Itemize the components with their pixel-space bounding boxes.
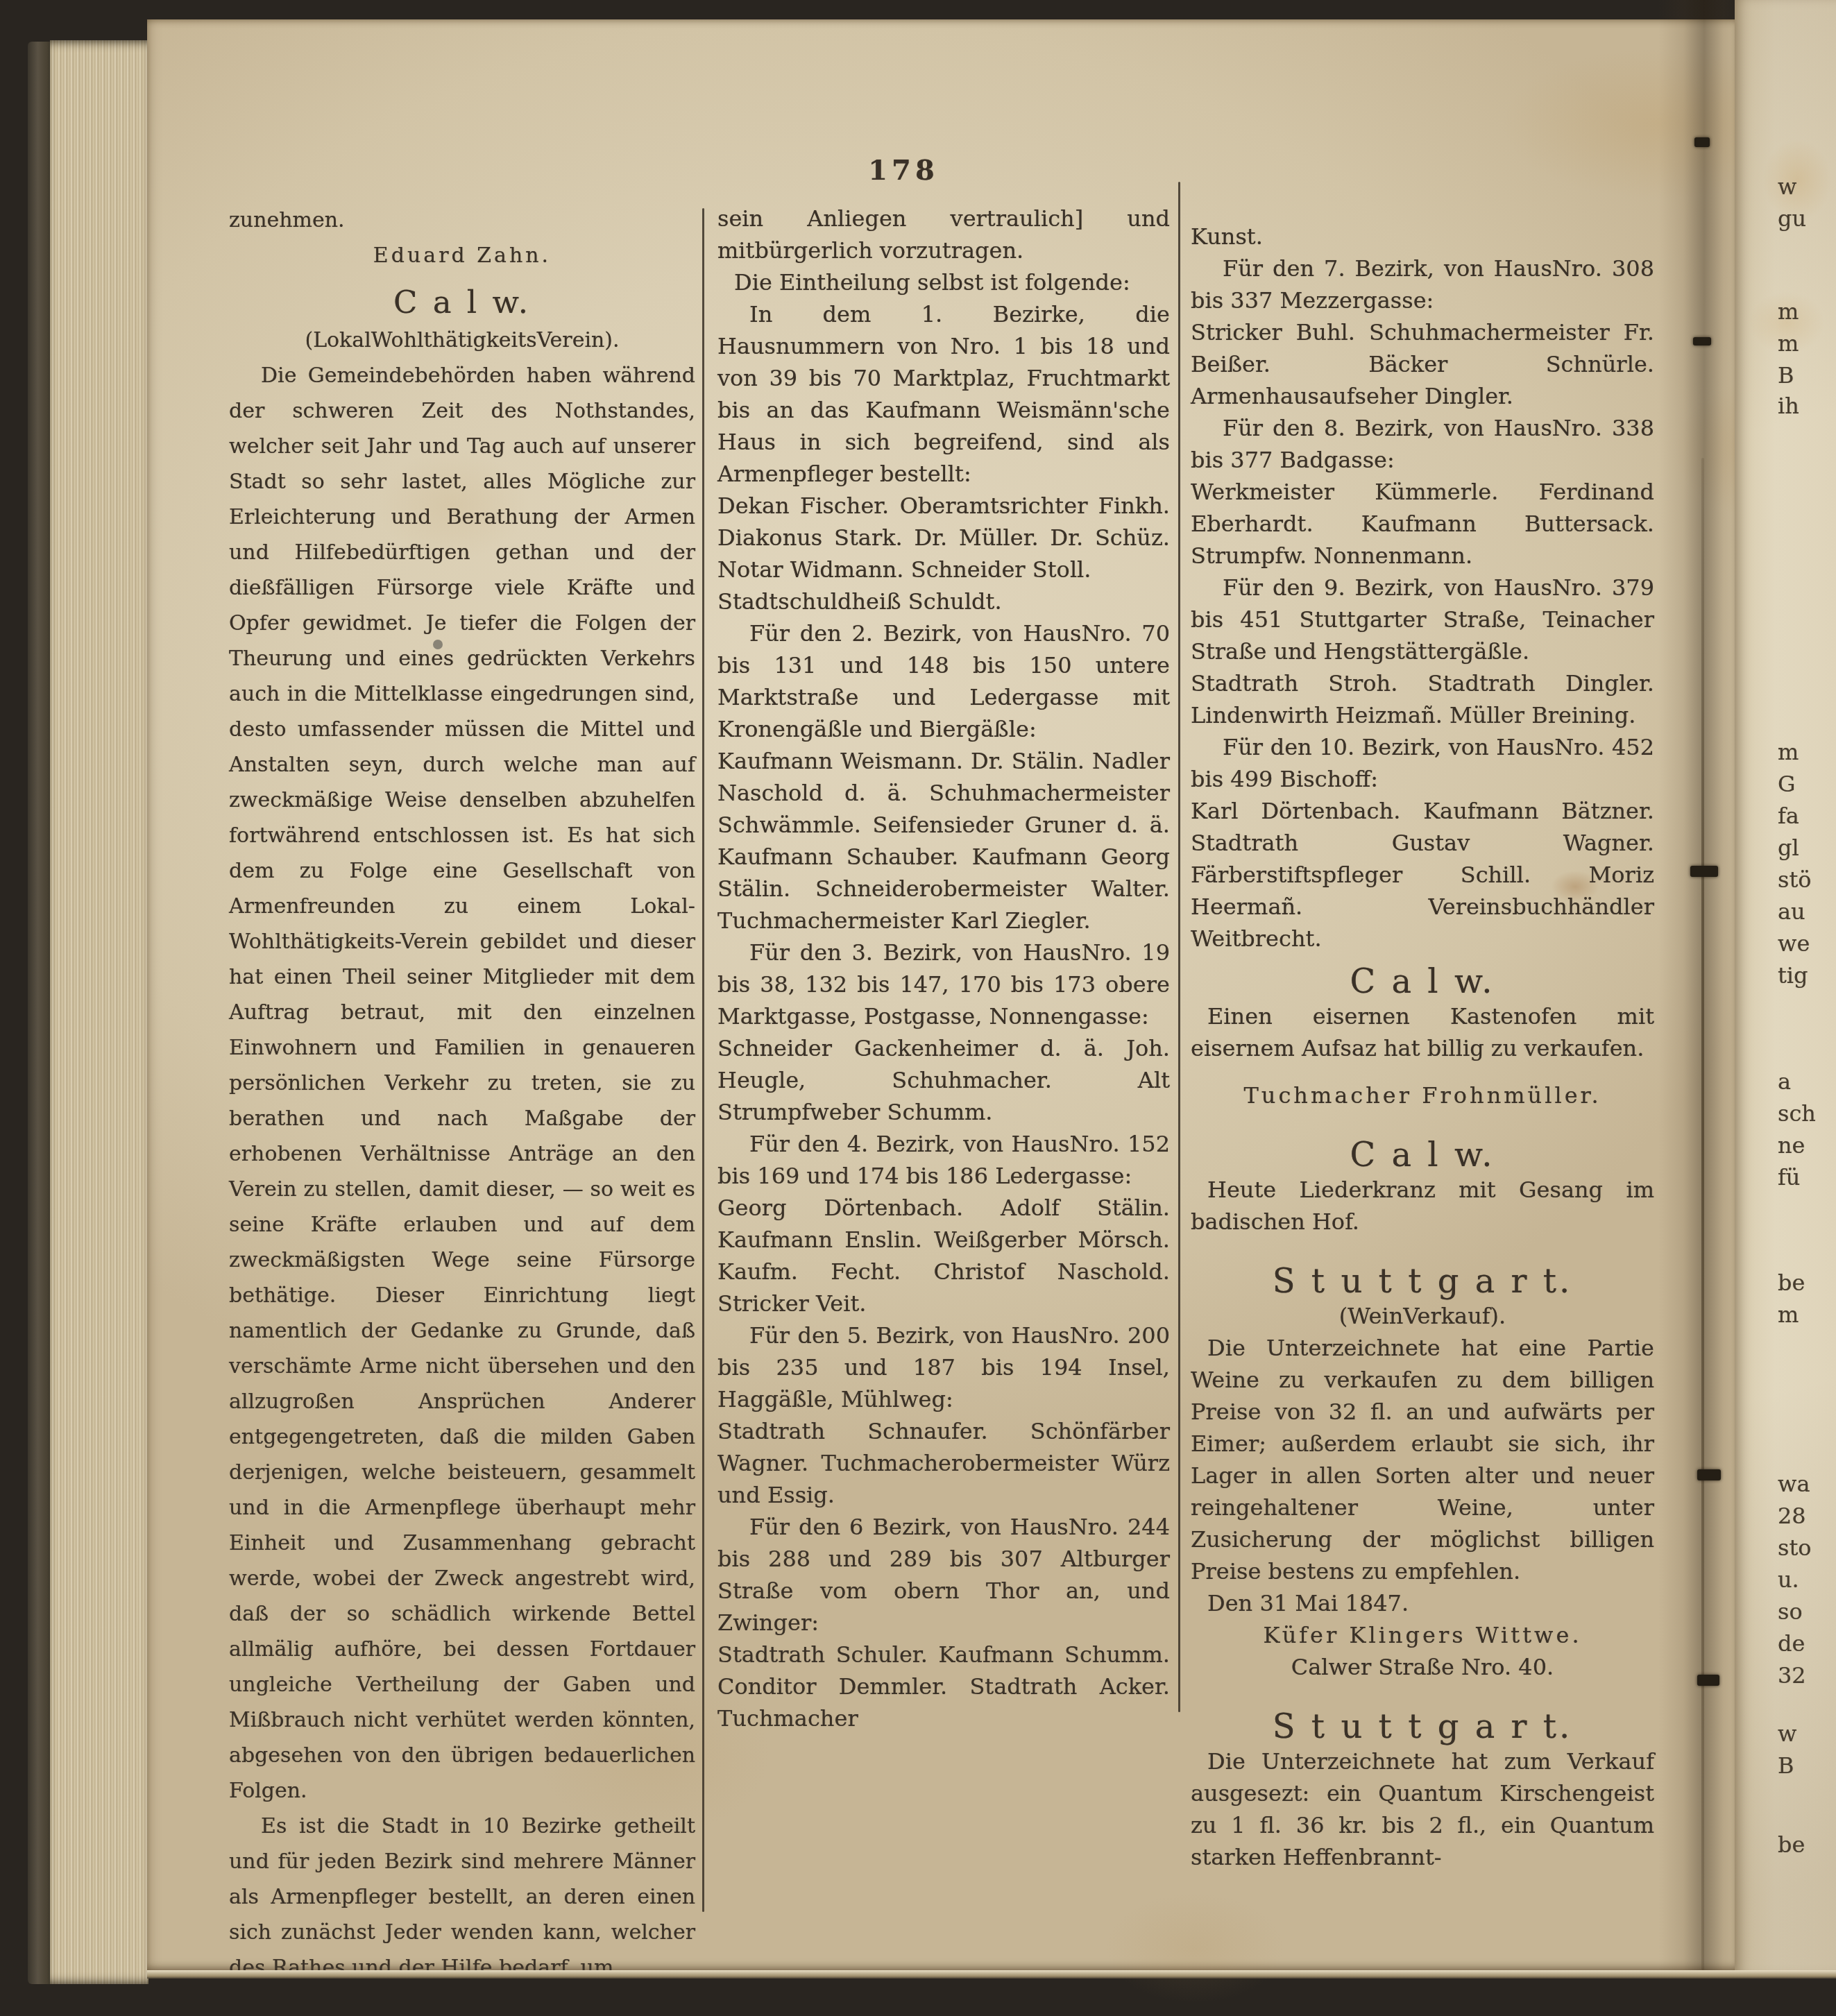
col3-district8-names: Werkmeister Kümmerle. Ferdinand Eberhard… [1191, 476, 1654, 572]
next-page-fragment: be [1778, 1831, 1805, 1858]
next-page-fragment: gl [1778, 835, 1799, 861]
binding-stitch [1694, 137, 1710, 147]
col2-district1-names-2: Stadtschuldheiß Schuldt. [717, 586, 1170, 617]
next-page-fragment: sch [1778, 1100, 1816, 1127]
binding-stitch [1693, 337, 1711, 345]
next-page-fragment: w [1778, 173, 1796, 200]
page-number: 178 [147, 154, 1660, 187]
col1-article-subheading: (LokalWohlthätigkeitsVerein). [229, 323, 695, 358]
col3-stuttgart1-heading: S t u t t g a r t. [1191, 1265, 1654, 1297]
col3-calw2-text: Heute Liederkranz mit Gesang im badische… [1191, 1174, 1654, 1238]
next-page-fragment: so [1778, 1598, 1803, 1625]
column-divider-1 [702, 208, 704, 1912]
col2-district6-names: Stadtrath Schuler. Kaufmann Schumm. Cond… [717, 1639, 1170, 1734]
col1-signature: Eduard Zahn. [229, 238, 695, 273]
col2-district5-names: Stadtrath Schnaufer. Schönfärber Wagner.… [717, 1415, 1170, 1511]
scanned-book-page: 178 zunehmen. Eduard Zahn. C a l w. (Lok… [0, 0, 1836, 2016]
col2-district4-head: Für den 4. Bezirk, von HausNro. 152 bis … [717, 1128, 1170, 1192]
next-page-edge: wgummBihmGfaglstöauwetigaschnefübemwa28s… [1735, 0, 1836, 1974]
col1-paragraph-2: Es ist die Stadt in 10 Bezirke getheilt … [229, 1809, 695, 1985]
paper-stain [1105, 1893, 1285, 2004]
col3-calw1-signature: Tuchmacher Frohnmüller. [1191, 1079, 1654, 1111]
col3-calw1-text: Einen eisernen Kastenofen mit eisernem A… [1191, 1000, 1654, 1064]
next-page-fragment: m [1778, 1301, 1799, 1328]
column-1: zunehmen. Eduard Zahn. C a l w. (LokalWo… [229, 203, 695, 1985]
next-page-fragment: 28 [1778, 1503, 1806, 1529]
col2-intro: Die Eintheilung selbst ist folgende: [717, 266, 1170, 298]
col3-stuttgart1-subheading: (WeinVerkauf). [1191, 1300, 1654, 1332]
next-page-fragment: gu [1778, 205, 1806, 232]
next-page-fragment: wa [1778, 1471, 1810, 1497]
col1-paragraph-1: Die Gemeindebehörden haben während der s… [229, 358, 695, 1809]
next-page-fragment: au [1778, 898, 1805, 925]
book-cover-edge [28, 42, 53, 1984]
col2-district5-head: Für den 5. Bezirk, von HausNro. 200 bis … [717, 1319, 1170, 1415]
binding-stitch [1697, 1469, 1721, 1480]
col2-district6-head: Für den 6 Bezirk, von HausNro. 244 bis 2… [717, 1511, 1170, 1639]
next-page-fragment: B [1778, 362, 1794, 388]
gutter-crease [1701, 458, 1704, 1970]
next-page-fragment: ne [1778, 1132, 1805, 1159]
col3-continuation: Kunst. [1191, 221, 1654, 253]
next-page-fragment: tig [1778, 962, 1808, 989]
col2-district2-names: Kaufmann Weismann. Dr. Stälin. Nadler Na… [717, 745, 1170, 937]
next-page-fragment: m [1778, 298, 1799, 325]
col2-district2-head: Für den 2. Bezirk, von HausNro. 70 bis 1… [717, 617, 1170, 745]
col3-district9-head: Für den 9. Bezirk, von HausNro. 379 bis … [1191, 572, 1654, 667]
col2-continuation: sein Anliegen vertraulich] und mitbürger… [717, 203, 1170, 266]
col3-district10-names: Karl Dörtenbach. Kaufmann Bätzner. Stadt… [1191, 795, 1654, 955]
col2-district1-names: Dekan Fischer. Oberamtsrichter Finkh. Di… [717, 490, 1170, 586]
next-page-fragment: ih [1778, 393, 1799, 419]
col2-district3-head: Für den 3. Bezirk, von HausNro. 19 bis 3… [717, 937, 1170, 1032]
next-page-fragment: w [1778, 1720, 1796, 1747]
col2-district4-names: Georg Dörtenbach. Adolf Stälin. Kaufmann… [717, 1192, 1170, 1319]
next-page-fragment: fa [1778, 803, 1799, 829]
col3-stuttgart2-text: Die Unterzeichnete hat zum Verkauf ausge… [1191, 1745, 1654, 1873]
col3-calw2-heading: C a l w. [1191, 1139, 1654, 1171]
next-page-fragment: B [1778, 1752, 1794, 1779]
col3-stuttgart1-address: Calwer Straße Nro. 40. [1191, 1651, 1654, 1683]
col3-stuttgart1-text: Die Unterzeichnete hat eine Partie Weine… [1191, 1332, 1654, 1587]
binding-stitch [1690, 866, 1718, 877]
col3-district7-head: Für den 7. Bezirk, von HausNro. 308 bis … [1191, 253, 1654, 316]
next-page-fragment: u. [1778, 1566, 1799, 1593]
col3-district9-names: Stadtrath Stroh. Stadtrath Dingler. Lind… [1191, 667, 1654, 731]
next-page-fragment: sto [1778, 1535, 1812, 1561]
next-page-fragment: stö [1778, 866, 1812, 893]
col3-district8-head: Für den 8. Bezirk, von HausNro. 338 bis … [1191, 412, 1654, 476]
next-page-fragment: fü [1778, 1164, 1800, 1190]
binding-stitch [1697, 1675, 1719, 1686]
col3-stuttgart1-signature: Küfer Klingers Wittwe. [1191, 1619, 1654, 1651]
column-3: Kunst. Für den 7. Bezirk, von HausNro. 3… [1191, 221, 1654, 1873]
page-stack-edge [50, 40, 148, 1984]
col1-continuation: zunehmen. [229, 203, 695, 238]
next-page-fragments: wgummBihmGfaglstöauwetigaschnefübemwa28s… [1735, 0, 1836, 1974]
col1-article-heading: C a l w. [229, 284, 695, 320]
next-page-fragment: we [1778, 930, 1810, 957]
column-divider-2 [1178, 182, 1180, 1712]
col2-district1-head: In dem 1. Bezirke, die Hausnummern von N… [717, 298, 1170, 490]
col3-stuttgart1-date: Den 31 Mai 1847. [1191, 1587, 1654, 1619]
col3-district10-head: Für den 10. Bezirk, von HausNro. 452 bis… [1191, 731, 1654, 795]
col3-district7-names: Stricker Buhl. Schuhmachermeister Fr. Be… [1191, 316, 1654, 412]
col2-district3-names: Schneider Gackenheimer d. ä. Joh. Heugle… [717, 1032, 1170, 1128]
col3-stuttgart2-heading: S t u t t g a r t. [1191, 1711, 1654, 1743]
page-bottom-edge [147, 1970, 1836, 1979]
col3-calw1-heading: C a l w. [1191, 966, 1654, 998]
next-page-fragment: 32 [1778, 1662, 1806, 1689]
next-page-fragment: a [1778, 1068, 1791, 1095]
next-page-fragment: m [1778, 739, 1799, 765]
column-2: sein Anliegen vertraulich] und mitbürger… [717, 203, 1170, 1734]
next-page-fragment: m [1778, 330, 1799, 357]
next-page-fragment: de [1778, 1630, 1805, 1657]
next-page-fragment: be [1778, 1270, 1805, 1296]
next-page-fragment: G [1778, 771, 1796, 797]
